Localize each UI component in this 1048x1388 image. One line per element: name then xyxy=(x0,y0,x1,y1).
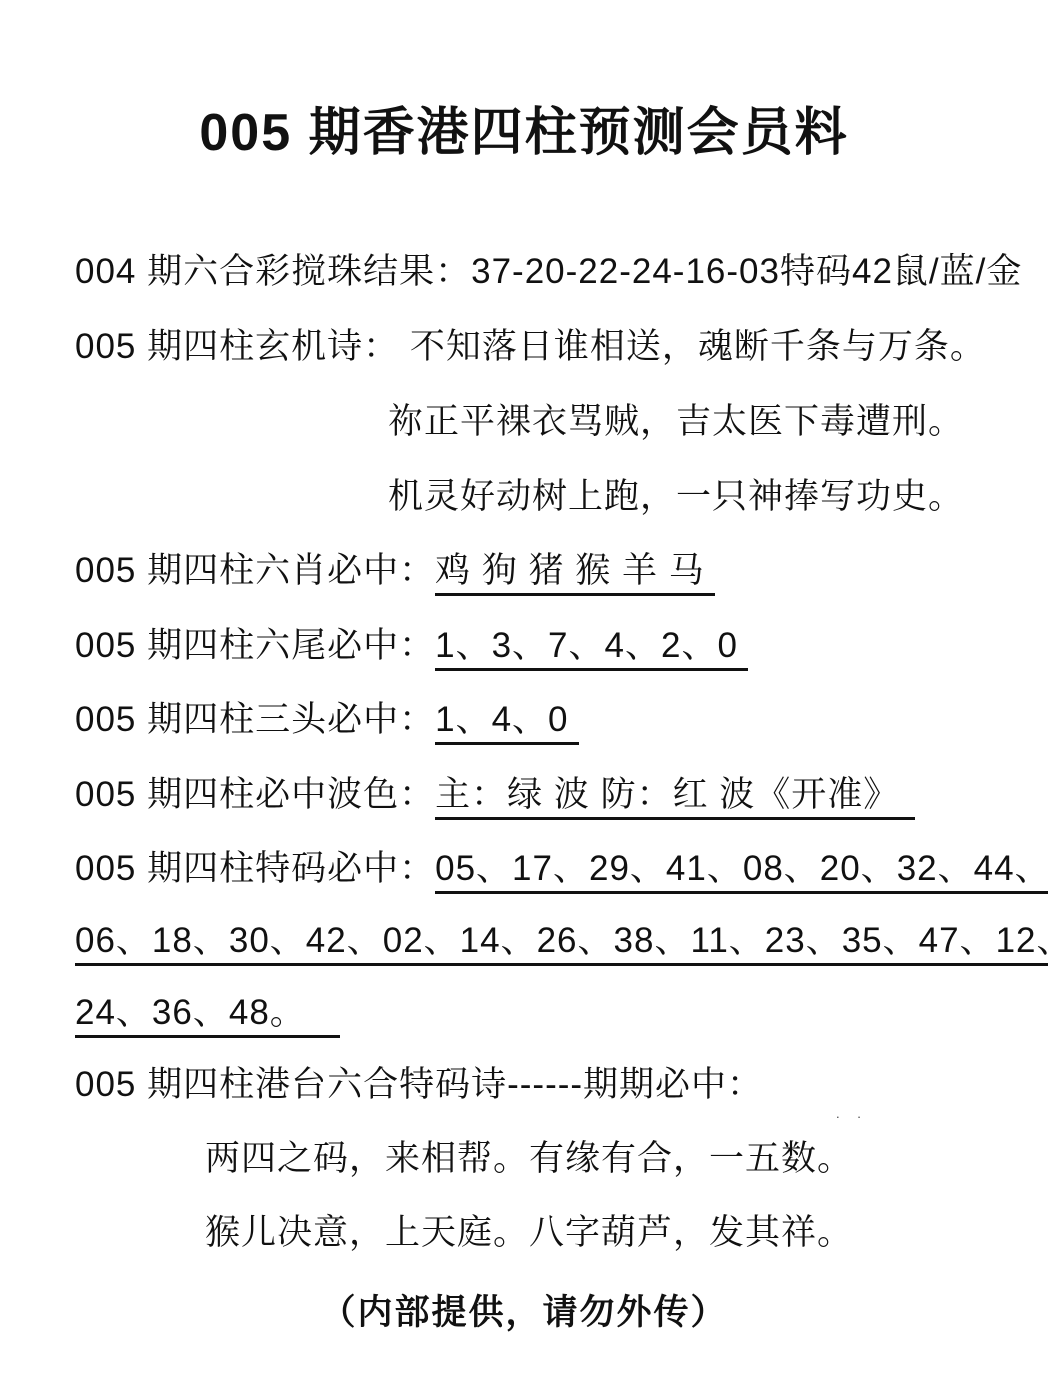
six-tails-value: 1、3、7、4、2、0 xyxy=(435,626,748,671)
special-numbers-line-1: 005 期四柱特码必中：05、17、29、41、08、20、32、44、 xyxy=(75,849,1048,889)
special-numbers-line-2: 06、18、30、42、02、14、26、38、11、23、35、47、12、 xyxy=(75,921,1048,961)
six-zodiac-value: 鸡 狗 猪 猴 羊 马 xyxy=(435,551,715,596)
three-heads-label: 005 期四柱三头必中： xyxy=(75,700,435,739)
six-tails-line: 005 期四柱六尾必中：1、3、7、4、2、0 xyxy=(75,626,748,666)
special-numbers-line-3: 24、36、48。 xyxy=(75,993,340,1033)
special-numbers-values-3: 24、36、48。 xyxy=(75,993,340,1038)
mystic-poem-line-1: 005 期四柱玄机诗： 不知落日谁相送，魂断千条与万条。 xyxy=(75,327,986,367)
wave-color-value: 主：绿 波 防：红 波《开准》 xyxy=(435,775,915,820)
special-poem-heading: 005 期四柱港台六合特码诗------期期必中： xyxy=(75,1065,763,1105)
wave-color-line: 005 期四柱必中波色：主：绿 波 防：红 波《开准》 xyxy=(75,775,915,815)
mystic-poem-verse-2: 祢正平裸衣骂贼，吉太医下毒遭刑。 xyxy=(388,402,964,442)
wave-color-label: 005 期四柱必中波色： xyxy=(75,775,435,814)
three-heads-line: 005 期四柱三头必中：1、4、0 xyxy=(75,700,579,740)
special-numbers-values-2: 06、18、30、42、02、14、26、38、11、23、35、47、12、 xyxy=(75,921,1048,966)
three-heads-value: 1、4、0 xyxy=(435,700,578,745)
document-page: 005 期香港四柱预测会员料 004 期六合彩搅珠结果：37-20-22-24-… xyxy=(0,0,1048,1388)
page-title: 005 期香港四柱预测会员料 xyxy=(0,90,1048,165)
mystic-poem-verse-1: 不知落日谁相送，魂断千条与万条。 xyxy=(410,327,986,366)
mystic-poem-verse-3: 机灵好动树上跑，一只神捧写功史。 xyxy=(388,477,964,517)
special-numbers-values-1: 05、17、29、41、08、20、32、44、 xyxy=(435,849,1048,894)
stray-print-dots: . . xyxy=(836,1106,868,1121)
six-zodiac-line: 005 期四柱六肖必中：鸡 狗 猪 猴 羊 马 xyxy=(75,551,715,591)
special-numbers-label: 005 期四柱特码必中： xyxy=(75,849,435,888)
mystic-poem-label: 005 期四柱玄机诗： xyxy=(75,327,410,366)
six-zodiac-label: 005 期四柱六肖必中： xyxy=(75,551,435,590)
internal-use-footer-note: （内部提供，请勿外传） xyxy=(0,1285,1048,1335)
previous-draw-result-line: 004 期六合彩搅珠结果：37-20-22-24-16-03特码42鼠/蓝/金 xyxy=(75,252,1022,292)
special-poem-verse-1: 两四之码，来相帮。有缘有合，一五数。 xyxy=(205,1139,853,1179)
six-tails-label: 005 期四柱六尾必中： xyxy=(75,626,435,665)
special-poem-verse-2: 猴儿决意，上天庭。八字葫芦，发其祥。 xyxy=(205,1213,853,1253)
